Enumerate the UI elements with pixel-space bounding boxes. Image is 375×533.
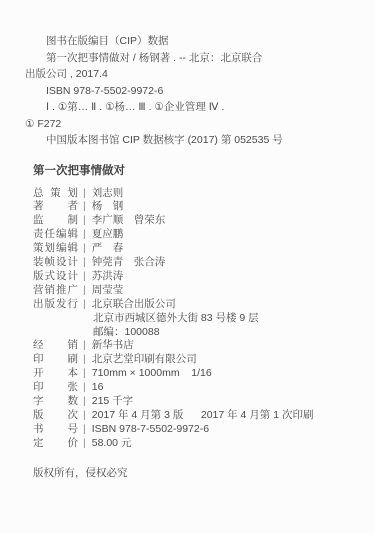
row-value: 710mm × 1000mm 1/16: [92, 367, 212, 379]
row-label: 版式设计: [33, 270, 78, 284]
cip-classification-line2: ① F272: [25, 116, 353, 133]
cip-registry-number: 中国版本图书馆 CIP 数据核字 (2017) 第 052535 号: [25, 132, 353, 149]
separator: |: [78, 437, 92, 449]
row-edition: 版次|2017 年 4 月第 3 版 2017 年 4 月第 1 次印刷: [33, 409, 353, 423]
row-label: 总策划: [33, 187, 78, 201]
row-word-count: 字数|215 千字: [33, 395, 353, 409]
row-label: 字数: [33, 395, 78, 409]
row-value: 新华书店: [92, 339, 134, 351]
row-value: 李广顺 曾荣东: [92, 214, 166, 226]
row-label: 版次: [33, 409, 78, 423]
row-label: 营销推广: [33, 284, 78, 298]
row-format: 开本|710mm × 1000mm 1/16: [33, 367, 353, 381]
row-value: 16: [92, 381, 104, 393]
cip-classification-line1: Ⅰ . ①第… Ⅱ . ①杨… Ⅲ . ①企业管理 Ⅳ .: [25, 99, 353, 116]
row-label: 出版发行: [33, 298, 78, 312]
row-label: 书号: [33, 423, 78, 437]
cip-record-line2: 出版公司 , 2017.4: [25, 66, 353, 83]
cip-isbn: ISBN 978-7-5502-9972-6: [25, 83, 353, 100]
row-value: 周莹莹: [92, 284, 124, 296]
row-sheets: 印张|16: [33, 381, 353, 395]
row-cover-design: 装帧设计|钟莞青 张合涛: [33, 256, 353, 270]
separator: |: [78, 242, 92, 254]
row-value: 58.00 元: [92, 437, 132, 449]
row-chief-planner: 总策划|刘志则: [33, 187, 353, 201]
book-title: 第一次把事情做对: [33, 163, 353, 179]
separator: |: [78, 284, 92, 296]
row-value: 刘志则: [92, 187, 124, 199]
row-label: 经销: [33, 339, 78, 353]
row-publisher: 出版发行|北京联合出版公司: [33, 298, 353, 312]
cip-record-line1: 第一次把事情做对 / 杨钢著 . -- 北京：北京联合: [25, 50, 353, 67]
separator: |: [78, 214, 92, 226]
row-book-number: 书号|ISBN 978-7-5502-9972-6: [33, 423, 353, 437]
row-value: 北京艺堂印刷有限公司: [92, 353, 197, 365]
separator: |: [78, 381, 92, 393]
row-label: 印张: [33, 381, 78, 395]
row-author: 著者|杨 钢: [33, 200, 353, 214]
row-value: ISBN 978-7-5502-9972-6: [92, 423, 209, 435]
row-marketing: 营销推广|周莹莹: [33, 284, 353, 298]
row-label: 著者: [33, 200, 78, 214]
row-layout-design: 版式设计|苏洪涛: [33, 270, 353, 284]
row-value: 苏洪涛: [92, 270, 124, 282]
separator: |: [78, 200, 92, 212]
row-label: 监制: [33, 214, 78, 228]
row-value: 邮编：100088: [93, 326, 160, 338]
row-value: 215 千字: [92, 395, 133, 407]
separator: |: [78, 395, 92, 407]
row-distributor: 经销|新华书店: [33, 339, 353, 353]
row-label: 责任编辑: [33, 228, 78, 242]
row-label: 定价: [33, 437, 78, 451]
row-value: 钟莞青 张合涛: [92, 256, 166, 268]
copyright-page: 图书在版编目（CIP）数据 第一次把事情做对 / 杨钢著 . -- 北京：北京联…: [0, 0, 375, 533]
row-postal-code: 邮编：100088: [33, 326, 353, 340]
row-label: 印刷: [33, 353, 78, 367]
separator: |: [78, 298, 92, 310]
separator: |: [78, 353, 92, 365]
cip-block: 图书在版编目（CIP）数据 第一次把事情做对 / 杨钢著 . -- 北京：北京联…: [25, 33, 353, 149]
row-value: 北京市西城区德外大街 83 号楼 9 层: [93, 312, 259, 324]
row-planning-editor: 策划编辑|严 春: [33, 242, 353, 256]
colophon-rows: 总策划|刘志则 著者|杨 钢 监制|李广顺 曾荣东 责任编辑|夏应鹏 策划编辑|…: [33, 187, 353, 451]
separator: |: [78, 228, 92, 240]
row-printer: 印刷|北京艺堂印刷有限公司: [33, 353, 353, 367]
row-value: 北京联合出版公司: [92, 298, 176, 310]
row-value: 夏应鹏: [92, 228, 124, 240]
row-supervisor: 监制|李广顺 曾荣东: [33, 214, 353, 228]
row-label: 装帧设计: [33, 256, 78, 270]
colophon-block: 第一次把事情做对 总策划|刘志则 著者|杨 钢 监制|李广顺 曾荣东 责任编辑|…: [25, 163, 353, 480]
row-label: 策划编辑: [33, 242, 78, 256]
separator: |: [78, 270, 92, 282]
separator: |: [78, 187, 92, 199]
separator: |: [78, 256, 92, 268]
row-label: 开本: [33, 367, 78, 381]
row-value: 2017 年 4 月第 3 版 2017 年 4 月第 1 次印刷: [92, 409, 314, 421]
separator: |: [78, 409, 92, 421]
row-value: 严 春: [92, 242, 124, 254]
cip-header: 图书在版编目（CIP）数据: [25, 33, 353, 50]
row-value: 杨 钢: [92, 200, 124, 212]
separator: |: [78, 423, 92, 435]
separator: |: [78, 367, 92, 379]
row-price: 定价|58.00 元: [33, 437, 353, 451]
row-responsible-editor: 责任编辑|夏应鹏: [33, 228, 353, 242]
row-publisher-address: 北京市西城区德外大街 83 号楼 9 层: [33, 312, 353, 326]
separator: |: [78, 339, 92, 351]
copyright-notice: 版权所有，侵权必究: [33, 466, 353, 480]
